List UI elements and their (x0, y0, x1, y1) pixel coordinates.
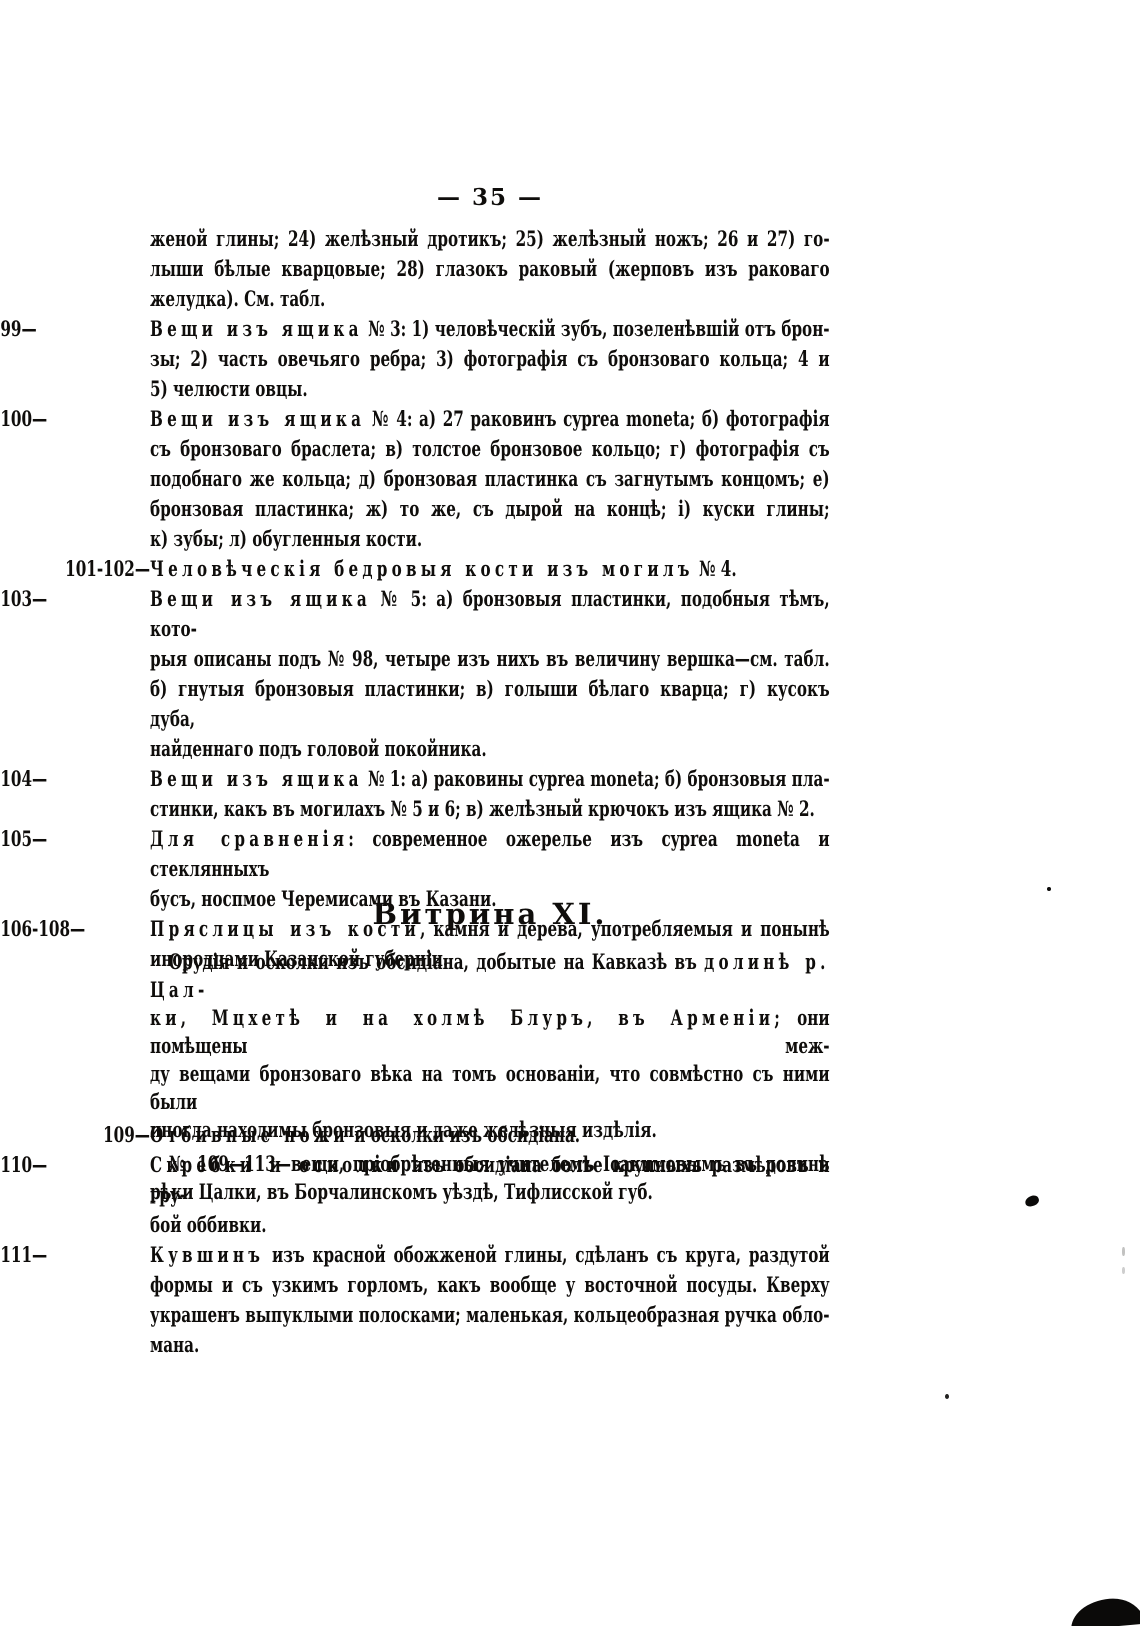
section-heading: Витрина XI. (150, 897, 830, 931)
faint-mark (1122, 1247, 1125, 1256)
text-run: формы и съ узкимъ горломъ, какъ вообще у… (150, 1272, 830, 1297)
text-line: 104—Вещи изъ ящика № 1: а) раковины cypr… (150, 764, 830, 794)
text-run: зы; 2) часть овечьяго ребра; 3) фотограф… (150, 346, 830, 371)
text-line: 109—Отбивные ножи и осколки изъ обсидіан… (150, 1120, 830, 1150)
catalog-entry-99: 99—Вещи изъ ящика № 3: 1) человѣческій з… (150, 314, 830, 404)
text-run: б) гнутыя бронзовыя пластинки; в) голыши… (150, 676, 830, 731)
page-number: — 35 — (150, 184, 830, 212)
text-run: бой оббивки. (150, 1212, 267, 1237)
entry-number: 105— (0, 824, 150, 854)
entry-number: 101-102— (0, 554, 150, 584)
text-run: рыя описаны подъ № 98, четыре изъ нихъ в… (150, 646, 830, 671)
entry-number: 106-108— (0, 914, 150, 944)
text-line: ду вещами бронзоваго вѣка на томъ основа… (150, 1060, 830, 1116)
catalog-entry-110: 110—Скребки и осколки изъ обсидіана болѣ… (150, 1150, 830, 1240)
text-line: 5) челюсти овцы. (150, 374, 830, 404)
catalog-entry-100: 100—Вещи изъ ящика № 4: а) 27 раковинъ c… (150, 404, 830, 554)
text-line: найденнаго подъ головой покойника. (150, 734, 830, 764)
text-run: № 4. (694, 556, 737, 581)
text-run: подобнаго же кольца; д) бронзовая пласти… (150, 466, 830, 491)
paragraph: женой глины; 24) желѣзный дротикъ; 25) ж… (150, 224, 830, 314)
text-line: рыя описаны подъ № 98, четыре изъ нихъ в… (150, 644, 830, 674)
ink-speck (945, 1394, 949, 1399)
entry-number: 103— (0, 584, 150, 614)
scanned-book-page: { "paper_color": "#ffffff", "ink_color":… (0, 0, 1140, 1626)
text-run: украшенъ выпуклыми полосками; маленькая,… (150, 1302, 830, 1327)
text-run: и осколки изъ обсидіана. (349, 1122, 580, 1147)
text-run: женой глины; 24) желѣзный дротикъ; 25) ж… (150, 226, 830, 251)
catalog-entry-103: 103—Вещи изъ ящика № 5: а) бронзовыя пла… (150, 584, 830, 764)
text-run: съ бронзоваго браслета; в) толстое бронз… (150, 436, 830, 461)
text-run: бронзовая пластинка; ж) то же, съ дырой … (150, 496, 830, 521)
text-line: бронзовая пластинка; ж) то же, съ дырой … (150, 494, 830, 524)
text-line: б) гнутыя бронзовыя пластинки; в) голыши… (150, 674, 830, 734)
text-run: стинки, какъ въ могилахъ № 5 и 6; в) жел… (150, 796, 815, 821)
text-line: 105—Для сравненія: современное ожерелье … (150, 824, 830, 884)
text-line: мана. (150, 1330, 830, 1360)
page-corner-blob (1069, 1596, 1140, 1626)
text-run: Орудія и осколки изъ обсидіана, добытые … (169, 949, 704, 974)
text-line: 111—Кувшинъ изъ красной обожженой глины,… (150, 1240, 830, 1270)
letterspaced-emphasis-text: Вещи изъ ящика (150, 406, 365, 431)
entry-number: 110— (0, 1150, 150, 1180)
entry-number: 100— (0, 404, 150, 434)
catalog-entries-bottom: 109—Отбивные ножи и осколки изъ обсидіан… (150, 1120, 830, 1360)
text-run: лыши бѣлые кварцовые; 28) глазокъ раковы… (150, 256, 830, 281)
entry-number: 109— (0, 1120, 150, 1150)
letterspaced-emphasis-text: Человѣческія бедровыя кости изъ могилъ (150, 556, 694, 581)
text-run: № 4: а) 27 раковинъ cyprea moneta; б) фо… (365, 406, 829, 431)
text-line: к) зубы; л) обугленныя кости. (150, 524, 830, 554)
text-line: бой оббивки. (150, 1210, 830, 1240)
text-run: ду вещами бронзоваго вѣка на томъ основа… (150, 1061, 830, 1114)
catalog-entry-111: 111—Кувшинъ изъ красной обожженой глины,… (150, 1240, 830, 1360)
text-line: 110—Скребки и осколки изъ обсидіана болѣ… (150, 1150, 830, 1210)
text-line: Орудія и осколки изъ обсидіана, добытые … (150, 948, 830, 1004)
letterspaced-emphasis-text: Кувшинъ (150, 1242, 264, 1267)
text-line: 99—Вещи изъ ящика № 3: 1) человѣческій з… (150, 314, 830, 344)
text-line: лыши бѣлые кварцовые; 28) глазокъ раковы… (150, 254, 830, 284)
text-line: 101-102—Человѣческія бедровыя кости изъ … (150, 554, 830, 584)
letterspaced-emphasis-text: Вещи изъ ящика (150, 766, 363, 791)
text-run: найденнаго подъ головой покойника. (150, 736, 487, 761)
letterspaced-emphasis-text: Скребки и осколки (150, 1152, 402, 1177)
text-line: 100—Вещи изъ ящика № 4: а) 27 раковинъ c… (150, 404, 830, 434)
text-run: изъ красной обожженой глины, сдѣланъ съ … (264, 1242, 829, 1267)
text-line: подобнаго же кольца; д) бронзовая пласти… (150, 464, 830, 494)
catalog-entries-top: женой глины; 24) желѣзный дротикъ; 25) ж… (150, 224, 830, 974)
text-line: украшенъ выпуклыми полосками; маленькая,… (150, 1300, 830, 1330)
catalog-entry-101-102: 101-102—Человѣческія бедровыя кости изъ … (150, 554, 830, 584)
ink-blob (1024, 1194, 1041, 1208)
letterspaced-emphasis-text: Для сравненія (150, 826, 348, 851)
text-run: к) зубы; л) обугленныя кости. (150, 526, 422, 551)
paragraph: Орудія и осколки изъ обсидіана, добытые … (150, 948, 830, 1144)
text-run: № 1: а) раковины cyprea moneta; б) бронз… (363, 766, 830, 791)
text-line: 103—Вещи изъ ящика № 5: а) бронзовыя пла… (150, 584, 830, 644)
letterspaced-emphasis-text: Вещи изъ ящика (150, 586, 371, 611)
entry-number: 111— (0, 1240, 150, 1270)
ink-dot (1047, 887, 1051, 891)
text-line: зы; 2) часть овечьяго ребра; 3) фотограф… (150, 344, 830, 374)
text-line: стинки, какъ въ могилахъ № 5 и 6; в) жел… (150, 794, 830, 824)
text-run: № 3: 1) человѣческій зубъ, позеленѣвшій … (363, 316, 830, 341)
entry-number: 104— (0, 764, 150, 794)
text-run: 5) челюсти овцы. (150, 376, 308, 401)
faint-mark (1122, 1267, 1125, 1274)
text-line: ки, Мцхетѣ и на холмѣ Блуръ, въ Арменіи;… (150, 1004, 830, 1060)
letterspaced-emphasis-text: Отбивные ножи (150, 1122, 349, 1147)
catalog-entry-104: 104—Вещи изъ ящика № 1: а) раковины cypr… (150, 764, 830, 824)
entry-number: 99— (0, 314, 150, 344)
letterspaced-emphasis-text: Вещи изъ ящика (150, 316, 363, 341)
text-run: мана. (150, 1332, 199, 1357)
text-line: женой глины; 24) желѣзный дротикъ; 25) ж… (150, 224, 830, 254)
text-line: съ бронзоваго браслета; в) толстое бронз… (150, 434, 830, 464)
text-run: желудка). См. табл. (150, 286, 325, 311)
text-line: формы и съ узкимъ горломъ, какъ вообще у… (150, 1270, 830, 1300)
letterspaced-emphasis-text: ки, Мцхетѣ и на холмѣ Блуръ, въ Арменіи (150, 1005, 774, 1030)
catalog-entry-109: 109—Отбивные ножи и осколки изъ обсидіан… (150, 1120, 830, 1150)
text-line: желудка). См. табл. (150, 284, 830, 314)
